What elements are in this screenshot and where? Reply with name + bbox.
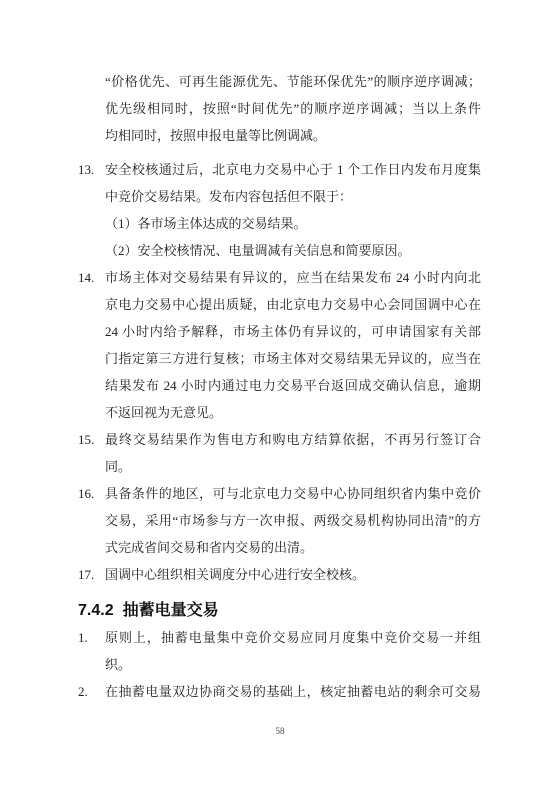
text-line: 均相同时，按照申报电量等比例调减。 [105,122,481,149]
text-line: 结果发布 24 小时内通过电力交易平台返回成交确认信息，逾期 [105,372,481,399]
item-body: 国调中心组织相关调度分中心进行安全校核。 [105,561,481,588]
text-line: 24 小时内给予解释，市场主体仍有异议的，可申请国家有关部 [105,318,481,345]
text-line: 市场主体对交易结果有异议的，应当在结果发布 24 小时内向北 [105,264,481,291]
page-number: 58 [0,726,560,736]
list-item-14: 14. 市场主体对交易结果有异议的，应当在结果发布 24 小时内向北 京电力交易… [78,264,481,426]
text-line: 具备条件的地区，可与北京电力交易中心协同组织省内集中竞价 [105,480,481,507]
text-line: 优先级相同时，按照“时间优先”的顺序逆序调减；当以上条件 [105,95,481,122]
text-line: 式完成省间交易和省内交易的出清。 [105,534,481,561]
text-line: 原则上，抽蓄电量集中竞价交易应同月度集中竞价交易一并组 [105,624,481,651]
item-number: 2. [78,678,105,705]
text-line: 门指定第三方进行复核；市场主体对交易结果无异议的，应当在 [105,345,481,372]
item-body: 在抽蓄电量双边协商交易的基础上，核定抽蓄电站的剩余可交易 [105,678,481,705]
item-number: 13. [78,156,105,264]
text-line: 最终交易结果作为售电方和购电方结算依据，不再另行签订合 [105,426,481,453]
text-line: “价格优先、可再生能源优先、节能环保优先”的顺序逆序调减； [105,68,481,95]
text-line: （2）安全校核情况、电量调减有关信息和简要原因。 [105,237,481,264]
item-body: 最终交易结果作为售电方和购电方结算依据，不再另行签订合 同。 [105,426,481,480]
text-line: （1）各市场主体达成的交易结果。 [105,210,481,237]
list-item-16: 16. 具备条件的地区，可与北京电力交易中心协同组织省内集中竞价 交易，采用“市… [78,480,481,561]
item-number: 14. [78,264,105,426]
heading-number: 7.4.2 [78,602,114,619]
text-line: 在抽蓄电量双边协商交易的基础上，核定抽蓄电站的剩余可交易 [105,678,481,705]
text-line: 不返回视为无意见。 [105,399,481,426]
text-line: 中竞价交易结果。发布内容包括但不限于： [105,183,481,210]
text-line: 同。 [105,453,481,480]
list-item-13: 13. 安全校核通过后，北京电力交易中心于 1 个工作日内发布月度集 中竞价交易… [78,156,481,264]
item-body: 原则上，抽蓄电量集中竞价交易应同月度集中竞价交易一并组 织。 [105,624,481,678]
list-item-2: 2. 在抽蓄电量双边协商交易的基础上，核定抽蓄电站的剩余可交易 [78,678,481,705]
text-line: 织。 [105,651,481,678]
list-item-15: 15. 最终交易结果作为售电方和购电方结算依据，不再另行签订合 同。 [78,426,481,480]
list-item-1: 1. 原则上，抽蓄电量集中竞价交易应同月度集中竞价交易一并组 织。 [78,624,481,678]
text-column: “价格优先、可再生能源优先、节能环保优先”的顺序逆序调减； 优先级相同时，按照“… [78,68,481,705]
item-number: 1. [78,624,105,678]
heading-title: 抽蓄电量交易 [123,602,219,619]
item-body: 安全校核通过后，北京电力交易中心于 1 个工作日内发布月度集 中竞价交易结果。发… [105,156,481,264]
list-item-17: 17. 国调中心组织相关调度分中心进行安全校核。 [78,561,481,588]
text-line: 京电力交易中心提出质疑，由北京电力交易中心会同国调中心在 [105,291,481,318]
text-line: 国调中心组织相关调度分中心进行安全校核。 [105,561,481,588]
text-line: 安全校核通过后，北京电力交易中心于 1 个工作日内发布月度集 [105,156,481,183]
item-body: 具备条件的地区，可与北京电力交易中心协同组织省内集中竞价 交易，采用“市场参与方… [105,480,481,561]
item-number: 17. [78,561,105,588]
item-number: 16. [78,480,105,561]
item-body: 市场主体对交易结果有异议的，应当在结果发布 24 小时内向北 京电力交易中心提出… [105,264,481,426]
paragraph-continuation: “价格优先、可再生能源优先、节能环保优先”的顺序逆序调减； 优先级相同时，按照“… [78,68,481,149]
item-number: 15. [78,426,105,480]
text-line: 交易，采用“市场参与方一次申报、两级交易机构协同出清”的方 [105,507,481,534]
document-page: “价格优先、可再生能源优先、节能环保优先”的顺序逆序调减； 优先级相同时，按照“… [0,0,560,792]
subsection-heading: 7.4.2抽蓄电量交易 [78,597,481,624]
